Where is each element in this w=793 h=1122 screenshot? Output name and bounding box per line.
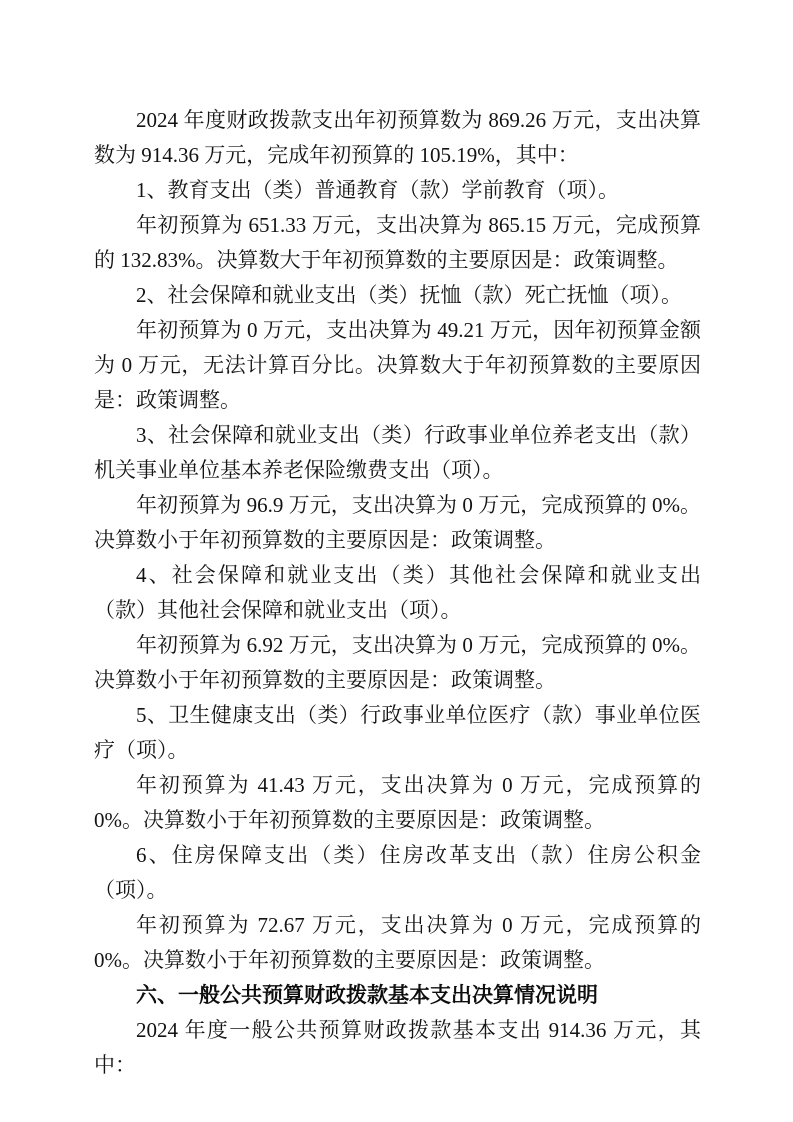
- paragraph-item-3-detail: 年初预算为 96.9 万元，支出决算为 0 万元，完成预算的 0%。决算数小于年…: [94, 488, 701, 558]
- paragraph-item-4-detail: 年初预算为 6.92 万元，支出决算为 0 万元，完成预算的 0%。决算数小于年…: [94, 628, 701, 698]
- paragraph-item-1-detail: 年初预算为 651.33 万元，支出决算为 865.15 万元，完成预算的 13…: [94, 208, 701, 278]
- paragraph-item-2-detail: 年初预算为 0 万元，支出决算为 49.21 万元，因年初预算金额为 0 万元，…: [94, 313, 701, 418]
- paragraph-item-6-detail: 年初预算为 72.67 万元，支出决算为 0 万元，完成预算的 0%。决算数小于…: [94, 908, 701, 978]
- document-page: 2024 年度财政拨款支出年初预算数为 869.26 万元，支出决算数为 914…: [0, 0, 793, 1122]
- paragraph-item-4-title: 4、社会保障和就业支出（类）其他社会保障和就业支出（款）其他社会保障和就业支出（…: [94, 558, 701, 628]
- paragraph-item-5-detail: 年初预算为 41.43 万元，支出决算为 0 万元，完成预算的 0%。决算数小于…: [94, 768, 701, 838]
- paragraph-item-6-title: 6、住房保障支出（类）住房改革支出（款）住房公积金（项）。: [94, 838, 701, 908]
- paragraph-item-2-title: 2、社会保障和就业支出（类）抚恤（款）死亡抚恤（项）。: [94, 278, 701, 313]
- paragraph-expenditure-summary: 2024 年度财政拨款支出年初预算数为 869.26 万元，支出决算数为 914…: [94, 103, 701, 173]
- paragraph-basic-expenditure-summary: 2024 年度一般公共预算财政拨款基本支出 914.36 万元，其中：: [94, 1013, 701, 1083]
- section-heading-six: 六、一般公共预算财政拨款基本支出决算情况说明: [94, 978, 701, 1013]
- paragraph-item-5-title: 5、卫生健康支出（类）行政事业单位医疗（款）事业单位医疗（项）。: [94, 698, 701, 768]
- paragraph-item-3-title: 3、社会保障和就业支出（类）行政事业单位养老支出（款）机关事业单位基本养老保险缴…: [94, 418, 701, 488]
- paragraph-item-1-title: 1、教育支出（类）普通教育（款）学前教育（项）。: [94, 173, 701, 208]
